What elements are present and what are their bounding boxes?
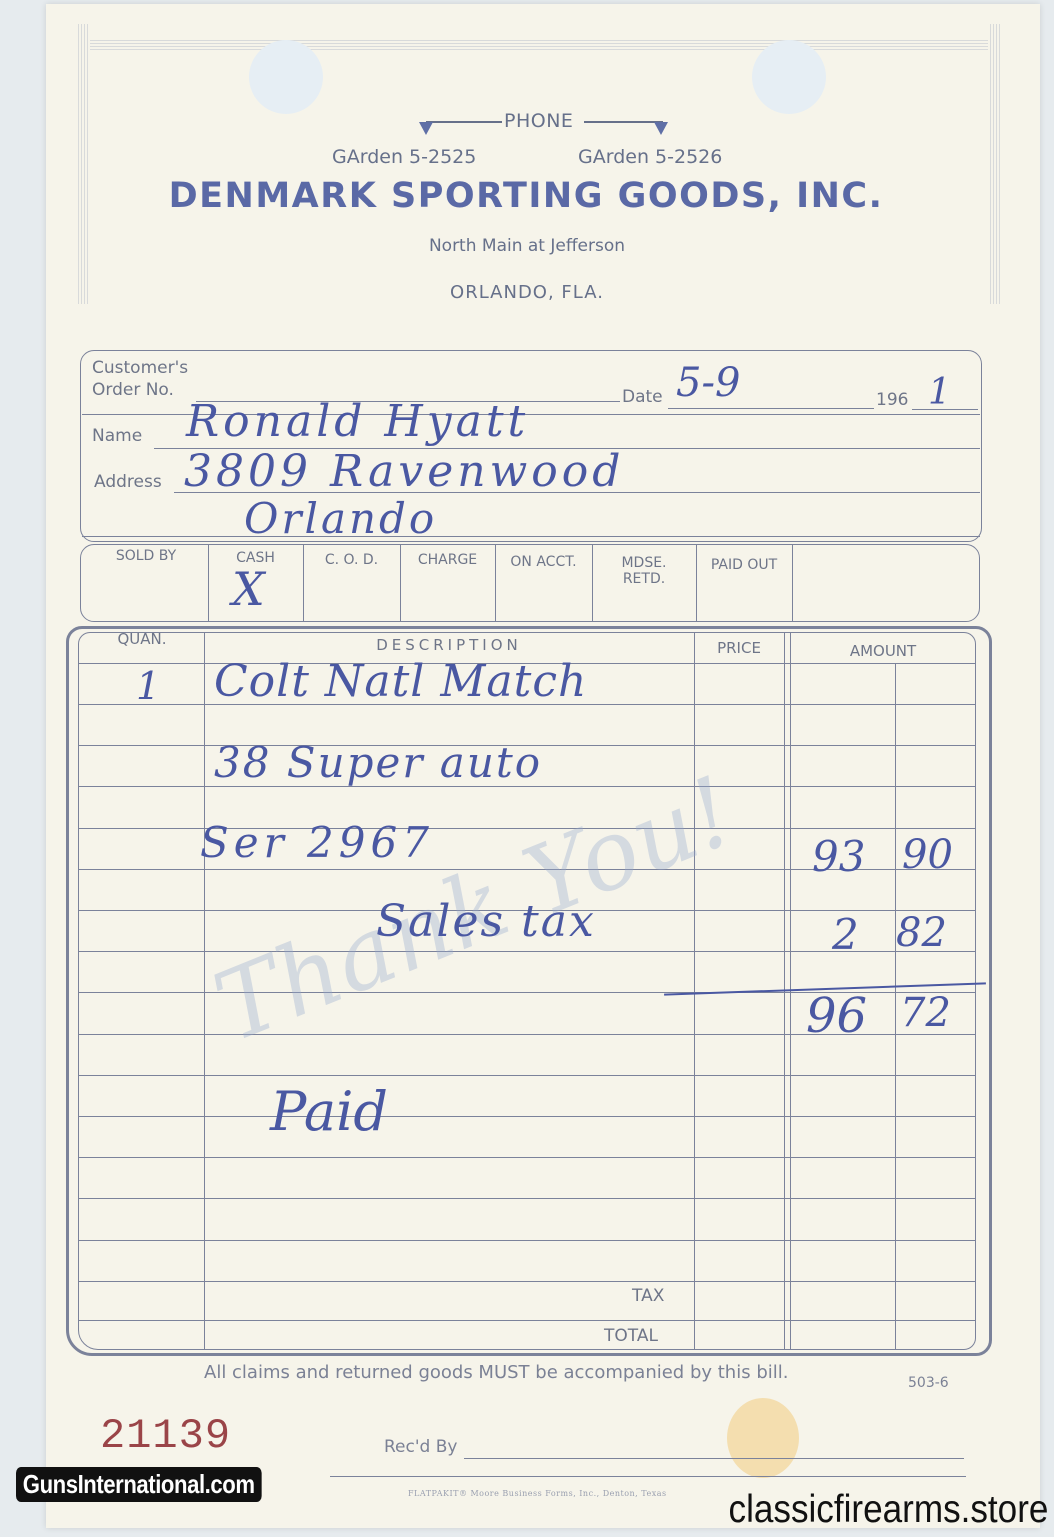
paper-stain [727,1398,799,1478]
down-arrow-icon [654,122,668,135]
amount-cents-2: 82 [896,910,947,956]
amount-header: AMOUNT [790,643,976,659]
charge-header: CHARGE [400,552,495,568]
phone-number-1: GArden 5-2525 [332,146,476,168]
cod-header: C. O. D. [303,552,400,568]
tax-label: TAX [632,1286,664,1306]
item-description-line-3: Ser 2967 [200,818,434,867]
table-row-line [79,1157,975,1158]
price-header: PRICE [694,640,784,656]
amount-dollars-1: 93 [812,832,865,881]
table-row-line [79,1116,975,1117]
address-line2-underline [82,536,980,537]
company-city: ORLANDO, FLA. [0,282,1054,303]
punch-hole-right [752,40,826,114]
claims-notice: All claims and returned goods MUST be ac… [204,1362,788,1383]
order-no-label-line1: Customer's [92,358,188,378]
year-suffix: 1 [928,372,951,413]
amount-dollars-total: 96 [806,988,867,1044]
item-description-line-2: 38 Super auto [214,738,542,787]
printer-credit: FLATPAKIT® Moore Business Forms, Inc., D… [408,1489,667,1498]
year-prefix: 196 [876,390,908,410]
cents-col-divider [895,664,896,1349]
total-label: TOTAL [604,1326,658,1346]
on-acct-header: ON ACCT. [495,554,592,570]
order-no-label-line2: Order No. [92,380,174,400]
name-value: Ronald Hyatt [186,396,529,447]
amount-cents-total: 72 [900,990,951,1036]
phone-label: PHONE [504,110,573,132]
name-label: Name [92,426,142,446]
item-quantity: 1 [136,664,160,708]
date-value: 5-9 [676,360,740,406]
price-col-divider [694,633,695,1349]
company-street: North Main at Jefferson [0,236,1054,256]
address-label: Address [94,472,162,492]
header-border-frame [76,24,1002,304]
amount-cents-1: 90 [902,832,953,878]
date-label: Date [622,387,663,407]
cash-check-mark: X [232,562,265,616]
footer-rule [330,1476,966,1477]
sales-tax-label: Sales tax [376,896,596,947]
serial-number: 21139 [100,1412,231,1460]
paid-out-header: PAID OUT [696,557,792,573]
mdse-retd-header: MDSE. RETD. [604,555,684,587]
paid-note: Paid [270,1080,388,1143]
sold-by-header: SOLD BY [84,548,208,564]
table-row-line [79,1075,975,1076]
address-line-2: Orlando [244,494,437,543]
item-description-line-1: Colt Natl Match [214,656,587,707]
phone-number-2: GArden 5-2526 [578,146,722,168]
classicfirearms-watermark: classicfirearms.store [728,1488,1048,1532]
description-header: DESCRIPTION [204,637,694,653]
form-number: 503-6 [908,1375,949,1391]
received-by-line [464,1458,964,1459]
company-name: DENMARK SPORTING GOODS, INC. [126,176,926,216]
table-row-line [79,1281,975,1282]
punch-hole-left [249,40,323,114]
table-row-line [79,1198,975,1199]
down-arrow-icon [419,122,433,135]
phone-bracket-left [426,121,502,123]
quantity-header: QUAN. [80,631,204,647]
table-row-line [79,1240,975,1241]
table-row-line [79,1320,975,1321]
payment-col-divider [592,545,593,621]
address-line-1: 3809 Ravenwood [184,446,624,497]
gunsinternational-watermark: GunsInternational.com [16,1467,261,1502]
date-underline [668,408,874,409]
received-by-label: Rec'd By [384,1437,457,1457]
phone-bracket-right [584,121,662,123]
payment-col-divider [792,545,793,621]
quan-col-divider [204,633,205,1349]
amount-dollars-2: 2 [832,910,859,959]
